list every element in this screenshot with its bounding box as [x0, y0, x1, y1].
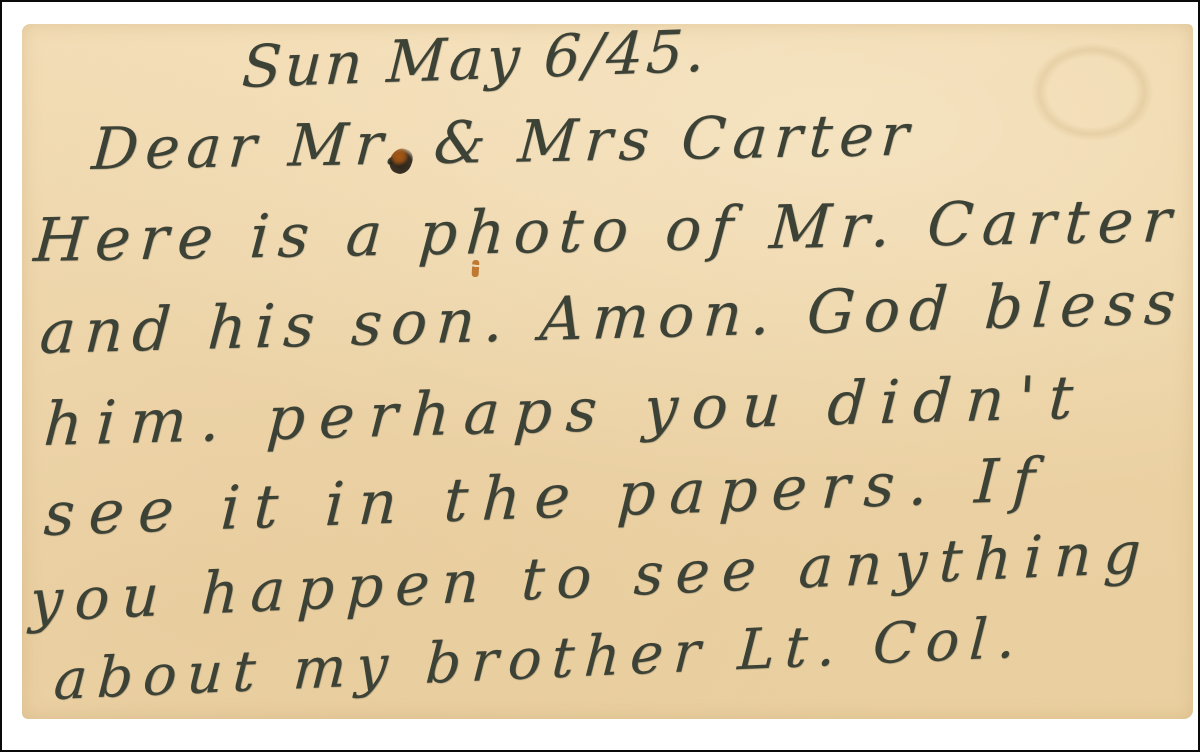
handwriting-line: him. perhaps you didn't	[42, 365, 1089, 458]
handwriting-line: Here is a photo of Mr. Carter	[32, 188, 1183, 274]
letter-paper: Sun May 6/45. Dear Mr. & Mrs Carter Here…	[22, 24, 1193, 719]
handwriting-line: and his son. Amon. God bless	[38, 270, 1186, 366]
stain-ring	[1017, 32, 1167, 152]
handwriting-line-salutation: Dear Mr. & Mrs Carter	[90, 104, 918, 182]
orange-pen-mark	[472, 260, 480, 277]
handwriting-line-date: Sun May 6/45.	[240, 20, 709, 100]
scan-frame: Sun May 6/45. Dear Mr. & Mrs Carter Here…	[0, 0, 1200, 752]
